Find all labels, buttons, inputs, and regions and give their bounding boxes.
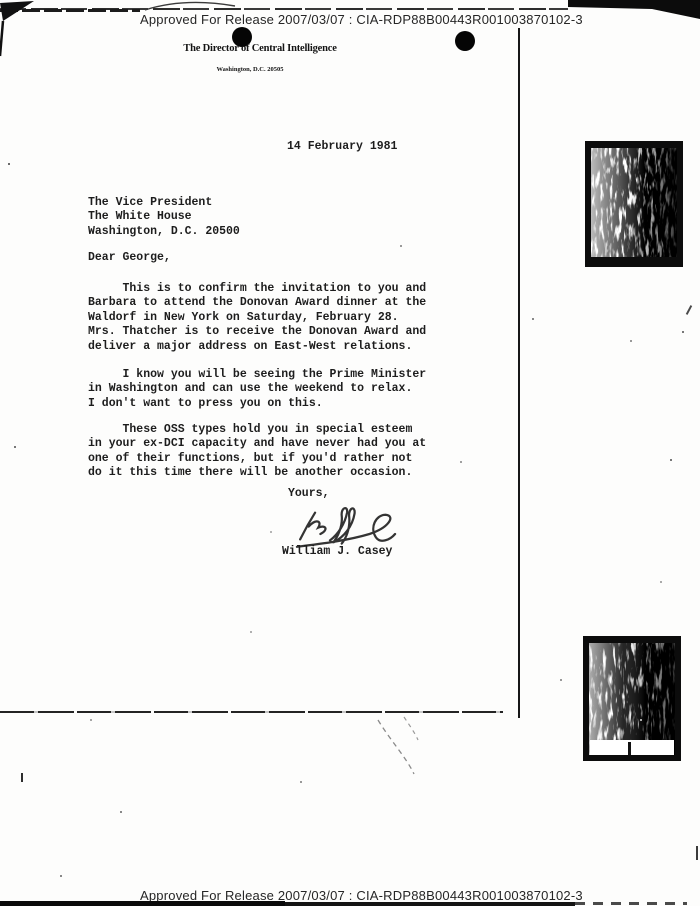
letterhead-title: The Director of Central Intelligence <box>0 43 520 54</box>
tape-artifact-top <box>585 141 683 267</box>
closing: Yours, <box>288 487 329 501</box>
stray-mark <box>686 305 692 315</box>
salutation: Dear George, <box>88 251 171 265</box>
scan-crease-marks <box>340 712 460 792</box>
scanned-letter-page: { "page": { "header_note": "Approved For… <box>0 0 700 906</box>
declassification-header: Approved For Release 2007/03/07 : CIA-RD… <box>140 12 583 27</box>
letter-paragraph-3: These OSS types hold you in special este… <box>88 423 426 481</box>
letter-paragraph-1: This is to confirm the invitation to you… <box>88 282 426 354</box>
letter-date: 14 February 1981 <box>287 140 397 154</box>
page-right-edge-line <box>518 28 520 718</box>
footer-scan-bar <box>285 902 575 906</box>
stray-mark <box>696 846 698 860</box>
recipient-address-block: The Vice President The White House Washi… <box>88 196 240 239</box>
stray-mark <box>21 773 23 782</box>
handwritten-signature <box>290 502 402 550</box>
letter-paragraph-2: I know you will be seeing the Prime Mini… <box>88 368 426 411</box>
scan-speckles <box>8 163 10 165</box>
footer-scan-bar <box>575 902 687 905</box>
tape-artifact-bottom <box>583 636 681 761</box>
signer-name: William J. Casey <box>282 545 392 559</box>
footer-scan-bar <box>0 901 285 906</box>
letterhead-address: Washington, D.C. 20505 <box>0 66 500 73</box>
